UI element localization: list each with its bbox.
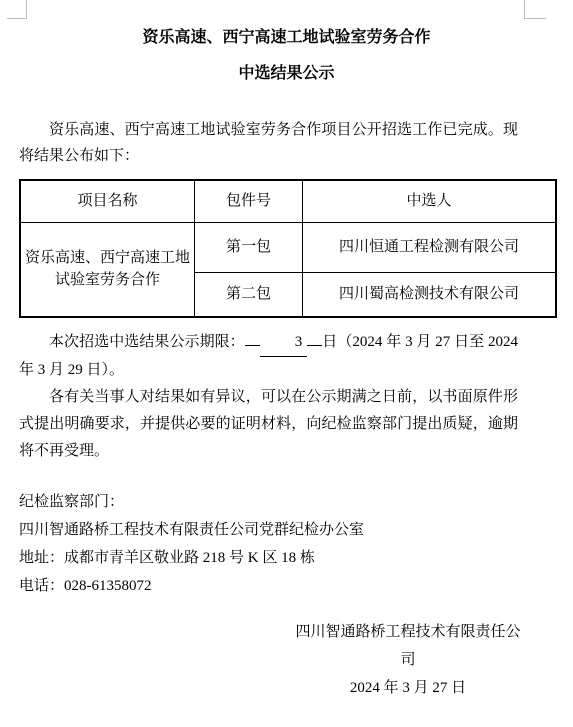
signature-company: 四川智通路桥工程技术有限责任公司 [293, 618, 523, 674]
phone-line: 电话：028-61358072 [19, 572, 573, 600]
publicity-days-value: 3 [260, 329, 308, 357]
package-2-cell: 第二包 [195, 272, 303, 317]
signature-date: 2024 年 3 月 27 日 [293, 674, 523, 702]
document-title-line1: 资乐高速、西宁高速工地试验室劳务合作 [0, 28, 573, 48]
project-name-cell: 资乐高速、西宁高速工地试验室劳务合作 [20, 222, 195, 317]
contact-block: 纪检监察部门： 四川智通路桥工程技术有限责任公司党群纪检办公室 地址：成都市青羊… [19, 488, 573, 600]
text-boundary-mark-top-right [524, 0, 546, 19]
text-boundary-mark-top-left [7, 0, 27, 19]
underline-blank-left [245, 345, 260, 346]
intro-paragraph: 资乐高速、西宁高速工地试验室劳务合作项目公开招选工作已完成。现将结果公布如下： [19, 117, 518, 169]
table-header-row: 项目名称 包件号 中选人 [20, 180, 556, 222]
winner-1-cell: 四川恒通工程检测有限公司 [303, 222, 557, 272]
underline-blank-right [307, 345, 322, 346]
selection-result-table: 项目名称 包件号 中选人 资乐高速、西宁高速工地试验室劳务合作 第一包 四川恒通… [19, 179, 557, 318]
discipline-dept-label: 纪检监察部门： [19, 488, 573, 516]
publicity-period-paragraph: 本次招选中选结果公示期限：3日（2024 年 3 月 27 日至 2024 年 … [19, 329, 518, 384]
period-text-before: 本次招选中选结果公示期限： [49, 334, 245, 350]
table-header-package-number: 包件号 [195, 180, 303, 222]
document-body: 资乐高速、西宁高速工地试验室劳务合作 中选结果公示 资乐高速、西宁高速工地试验室… [0, 0, 573, 702]
discipline-dept-name: 四川智通路桥工程技术有限责任公司党群纪检办公室 [19, 516, 573, 544]
address-line: 地址：成都市青羊区敬业路 218 号 K 区 18 栋 [19, 544, 573, 572]
table-header-winner: 中选人 [303, 180, 557, 222]
signature-block: 四川智通路桥工程技术有限责任公司 2024 年 3 月 27 日 [293, 618, 523, 702]
table-header-project-name: 项目名称 [20, 180, 195, 222]
document-page: 资乐高速、西宁高速工地试验室劳务合作 中选结果公示 资乐高速、西宁高速工地试验室… [0, 0, 573, 727]
package-1-cell: 第一包 [195, 222, 303, 272]
objection-paragraph: 各有关当事人对结果如有异议，可以在公示期满之日前，以书面原件形式提出明确要求，并… [19, 384, 518, 465]
winner-2-cell: 四川蜀高检测技术有限公司 [303, 272, 557, 317]
table-row-package-1: 资乐高速、西宁高速工地试验室劳务合作 第一包 四川恒通工程检测有限公司 [20, 222, 556, 272]
document-title-line2: 中选结果公示 [0, 64, 573, 84]
